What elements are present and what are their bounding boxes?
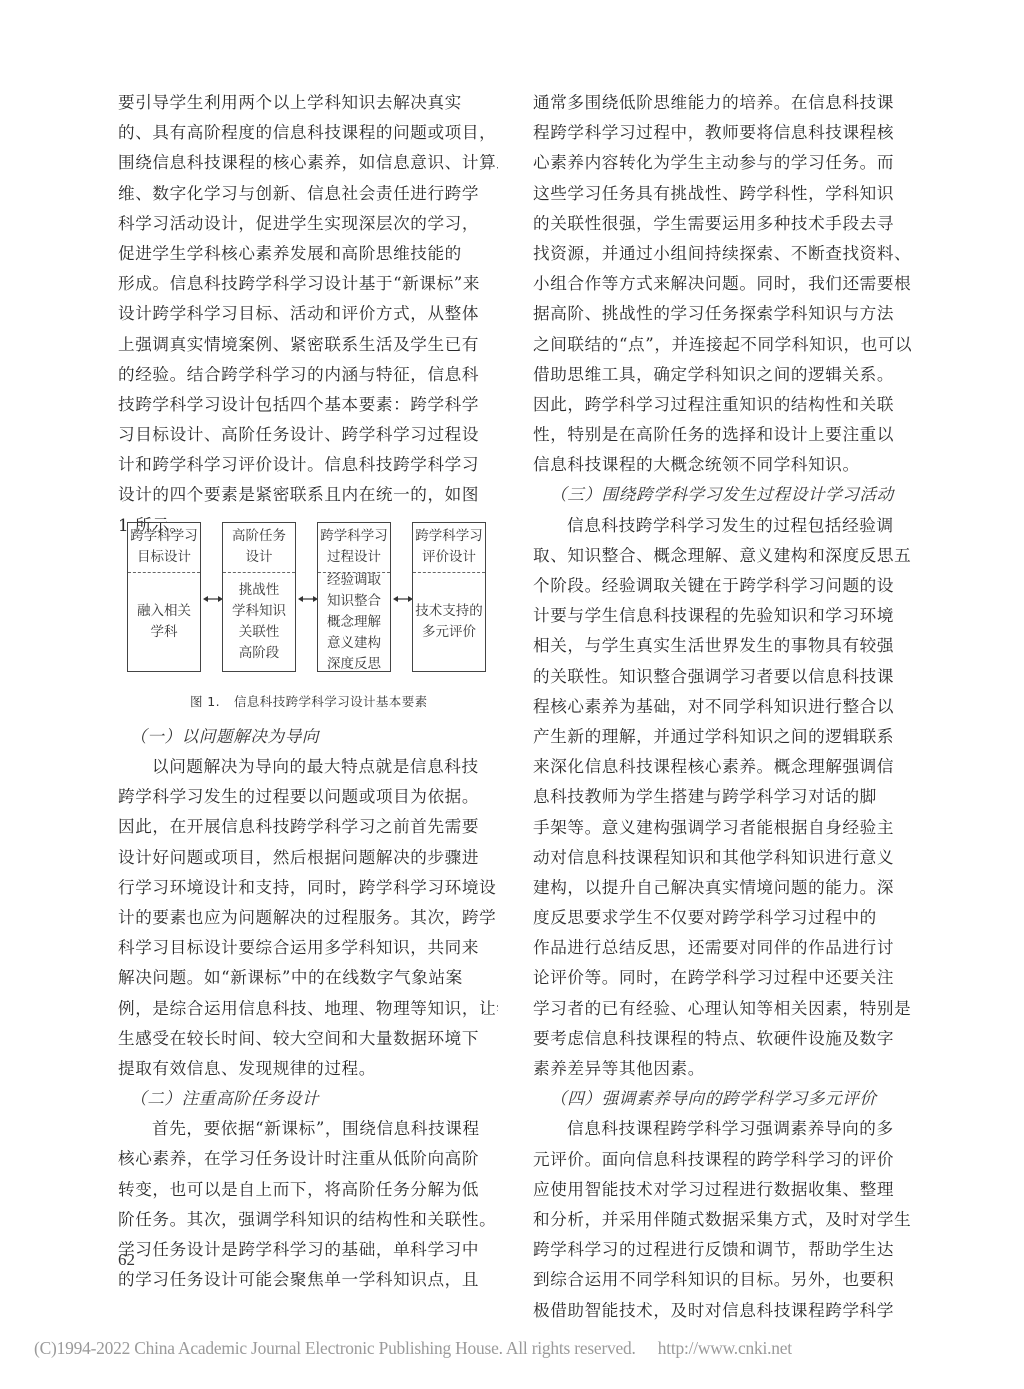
box-title: 跨学科学习 评价设计 <box>413 523 485 573</box>
figure-caption-text: 信息科技跨学科学习设计基本要素 <box>234 694 428 709</box>
body-line: 首先，要依据“新课标”，围绕信息科技课程 <box>118 1114 498 1144</box>
box-body-line: 关联性 <box>223 622 295 643</box>
double-arrow-icon <box>393 595 413 603</box>
box-title-line: 设计 <box>223 547 295 568</box>
box-body: 经验调取 知识整合 概念理解 意义建构 深度反思 <box>318 573 390 671</box>
body-line: 性，特别是在高阶任务的选择和设计上要注重以 <box>533 420 913 450</box>
body-line: 信息科技跨学科学习发生的过程包括经验调 <box>533 511 913 541</box>
footer-url: http://www.cnki.net <box>658 1338 792 1358</box>
body-line: 借助思维工具，确定学科知识之间的逻辑关系。 <box>533 360 913 390</box>
body-line: 作品进行总结反思，还需要对同伴的作品进行讨 <box>533 933 913 963</box>
body-line: 上强调真实情境案例、紧密联系生活及学生已有 <box>118 330 498 360</box>
body-line: 元评价。面向信息科技课程的跨学科学习的评价 <box>533 1145 913 1175</box>
body-line: 要考虑信息科技课程的特点、软硬件设施及数字 <box>533 1024 913 1054</box>
section-heading-1: （一）以问题解决为导向 <box>118 722 498 752</box>
body-line: 来深化信息科技课程核心素养。概念理解强调信 <box>533 752 913 782</box>
body-line: 个阶段。经验调取关键在于跨学科学习问题的设 <box>533 571 913 601</box>
body-line: 素养差异等其他因素。 <box>533 1054 913 1084</box>
body-line: 的、具有高阶程度的信息科技课程的问题或项目， <box>118 118 498 148</box>
element-box-goal-design: 跨学科学习 目标设计 融入相关 学科 <box>127 522 201 672</box>
body-line: 的关联性。知识整合强调学习者要以信息科技课 <box>533 662 913 692</box>
body-line: 的学习任务设计可能会聚焦单一学科知识点，且 <box>118 1265 498 1295</box>
box-body-line: 知识整合 <box>318 591 390 612</box>
body-line: 相关，与学生真实生活世界发生的事物具有较强 <box>533 631 913 661</box>
body-line: 阶任务。其次，强调学科知识的结构性和关联性。 <box>118 1205 498 1235</box>
figure-caption: 图 1.信息科技跨学科学习设计基本要素 <box>190 692 428 710</box>
body-line: 信息科技课程的大概念统领不同学科知识。 <box>533 450 913 480</box>
body-line: 设计好问题或项目，然后根据问题解决的步骤进 <box>118 843 498 873</box>
section-heading-3: （三）围绕跨学科学习发生过程设计学习活动 <box>533 480 913 510</box>
body-line: 习目标设计、高阶任务设计、跨学科学习过程设 <box>118 420 498 450</box>
box-body-line: 高阶段 <box>223 643 295 664</box>
body-line: 论评价等。同时，在跨学科学习过程中还要关注 <box>533 963 913 993</box>
body-line: 信息科技课程跨学科学习强调素养导向的多 <box>533 1114 913 1144</box>
box-title-line: 目标设计 <box>128 547 200 568</box>
box-body: 技术支持的 多元评价 <box>413 573 485 671</box>
body-line: 行学习环境设计和支持，同时，跨学科学习环境设 <box>118 873 498 903</box>
body-line: 取、知识整合、概念理解、意义建构和深度反思五 <box>533 541 913 571</box>
figure-number: 图 1. <box>190 694 220 709</box>
section-heading-2: （二）注重高阶任务设计 <box>118 1084 498 1114</box>
body-line: 技跨学科学习设计包括四个基本要素：跨学科学 <box>118 390 498 420</box>
box-body: 挑战性 学科知识 关联性 高阶段 <box>223 573 295 671</box>
element-box-evaluation-design: 跨学科学习 评价设计 技术支持的 多元评价 <box>412 522 486 672</box>
copyright-footer: (C)1994-2022 China Academic Journal Elec… <box>34 1338 792 1359</box>
body-line: 维、数字化学习与创新、信息社会责任进行跨学 <box>118 179 498 209</box>
body-line: 计和跨学科学习评价设计。信息科技跨学科学习 <box>118 450 498 480</box>
body-line: 找资源，并通过小组间持续探索、不断查找资料、 <box>533 239 913 269</box>
body-line: 学习者的已有经验、心理认知等相关因素，特别是 <box>533 994 913 1024</box>
body-line: 极借助智能技术，及时对信息科技课程跨学科学 <box>533 1296 913 1326</box>
body-line: 程跨学科学习过程中，教师要将信息科技课程核 <box>533 118 913 148</box>
body-line: 小组合作等方式来解决问题。同时，我们还需要根 <box>533 269 913 299</box>
body-line: 动对信息科技课程知识和其他学科知识进行意义 <box>533 843 913 873</box>
element-box-process-design: 跨学科学习 过程设计 经验调取 知识整合 概念理解 意义建构 深度反思 <box>317 522 391 672</box>
body-line: 形成。信息科技跨学科学习设计基于“新课标”来 <box>118 269 498 299</box>
body-line: 通常多围绕低阶思维能力的培养。在信息科技课 <box>533 88 913 118</box>
box-body-line: 意义建构 <box>318 633 390 654</box>
body-line: 计的要素也应为问题解决的过程服务。其次，跨学 <box>118 903 498 933</box>
box-body-line: 经验调取 <box>318 570 390 591</box>
section-heading-4: （四）强调素养导向的跨学科学习多元评价 <box>533 1084 913 1114</box>
body-line: 心素养内容转化为学生主动参与的学习任务。而 <box>533 148 913 178</box>
body-line: 程核心素养为基础，对不同学科知识进行整合以 <box>533 692 913 722</box>
body-line: 围绕信息科技课程的核心素养，如信息意识、计算思 <box>118 148 498 178</box>
box-title-line: 评价设计 <box>413 547 485 568</box>
copyright-text: (C)1994-2022 China Academic Journal Elec… <box>34 1338 636 1358</box>
box-body: 融入相关 学科 <box>128 573 200 671</box>
body-line: 手架等。意义建构强调学习者能根据自身经验主 <box>533 813 913 843</box>
body-line: 之间联结的“点”，并连接起不同学科知识，也可以 <box>533 330 913 360</box>
body-line: 核心素养，在学习任务设计时注重从低阶向高阶 <box>118 1144 498 1174</box>
body-line: 建构，以提升自己解决真实情境问题的能力。深 <box>533 873 913 903</box>
box-title-line: 跨学科学习 <box>318 526 390 547</box>
body-line: 的经验。结合跨学科学习的内涵与特征，信息科 <box>118 360 498 390</box>
box-body-line: 概念理解 <box>318 612 390 633</box>
body-line: 解决问题。如“新课标”中的在线数字气象站案 <box>118 963 498 993</box>
body-line: 设计的四个要素是紧密联系且内在统一的，如图 <box>118 480 498 510</box>
body-line: 产生新的理解，并通过学科知识之间的逻辑联系 <box>533 722 913 752</box>
element-box-task-design: 高阶任务 设计 挑战性 学科知识 关联性 高阶段 <box>222 522 296 672</box>
box-title-line: 跨学科学习 <box>413 526 485 547</box>
right-column: 通常多围绕低阶思维能力的培养。在信息科技课 程跨学科学习过程中，教师要将信息科技… <box>533 88 913 1326</box>
body-line: 因此，跨学科学习过程注重知识的结构性和关联 <box>533 390 913 420</box>
box-body-line: 学科 <box>128 622 200 643</box>
body-line: 应使用智能技术对学习过程进行数据收集、整理 <box>533 1175 913 1205</box>
body-line: 的关联性很强，学生需要运用多种技术手段去寻 <box>533 209 913 239</box>
body-line: 息科技教师为学生搭建与跨学科学习对话的脚 <box>533 782 913 812</box>
double-arrow-icon <box>298 595 318 603</box>
body-line: 和分析，并采用伴随式数据采集方式，及时对学生 <box>533 1205 913 1235</box>
body-line: 到综合运用不同学科知识的目标。另外，也要积 <box>533 1265 913 1295</box>
body-line: 科学习活动设计，促进学生实现深层次的学习， <box>118 209 498 239</box>
body-line: 跨学科学习发生的过程要以问题或项目为依据。 <box>118 782 498 812</box>
body-line: 计要与学生信息科技课程的先验知识和学习环境 <box>533 601 913 631</box>
box-title-line: 跨学科学习 <box>128 526 200 547</box>
body-line: 科学习目标设计要综合运用多学科知识，共同来 <box>118 933 498 963</box>
body-line: 学习任务设计是跨学科学习的基础，单科学习中 <box>118 1235 498 1265</box>
box-body-line: 深度反思 <box>318 654 390 675</box>
box-body-line: 技术支持的 <box>413 601 485 622</box>
double-arrow-icon <box>203 595 223 603</box>
body-line: 转变，也可以是自上而下，将高阶任务分解为低 <box>118 1175 498 1205</box>
body-line: 度反思要求学生不仅要对跨学科学习过程中的 <box>533 903 913 933</box>
body-line: 据高阶、挑战性的学习任务探索学科知识与方法 <box>533 299 913 329</box>
box-body-line: 融入相关 <box>128 601 200 622</box>
body-line: 促进学生学科核心素养发展和高阶思维技能的 <box>118 239 498 269</box>
body-line: 因此，在开展信息科技跨学科学习之前首先需要 <box>118 812 498 842</box>
figure-1-diagram: 跨学科学习 目标设计 融入相关 学科 高阶任务 设计 挑战性 学科知识 关联性 … <box>127 522 489 674</box>
body-line: 提取有效信息、发现规律的过程。 <box>118 1054 498 1084</box>
box-title-line: 过程设计 <box>318 547 390 568</box>
body-line: 这些学习任务具有挑战性、跨学科性，学科知识 <box>533 179 913 209</box>
body-line: 例，是综合运用信息科技、地理、物理等知识，让学 <box>118 994 498 1024</box>
body-line: 以问题解决为导向的最大特点就是信息科技 <box>118 752 498 782</box>
box-title: 跨学科学习 目标设计 <box>128 523 200 573</box>
box-title-line: 高阶任务 <box>223 526 295 547</box>
body-line: 要引导学生利用两个以上学科知识去解决真实 <box>118 88 498 118</box>
box-title: 跨学科学习 过程设计 <box>318 523 390 573</box>
body-line: 跨学科学习的过程进行反馈和调节，帮助学生达 <box>533 1235 913 1265</box>
body-line: 设计跨学科学习目标、活动和评价方式，从整体 <box>118 299 498 329</box>
box-body-line: 学科知识 <box>223 601 295 622</box>
box-body-line: 多元评价 <box>413 622 485 643</box>
body-line: 生感受在较长时间、较大空间和大量数据环境下 <box>118 1024 498 1054</box>
box-title: 高阶任务 设计 <box>223 523 295 573</box>
box-body-line: 挑战性 <box>223 580 295 601</box>
page-number: 62 <box>118 1250 135 1270</box>
